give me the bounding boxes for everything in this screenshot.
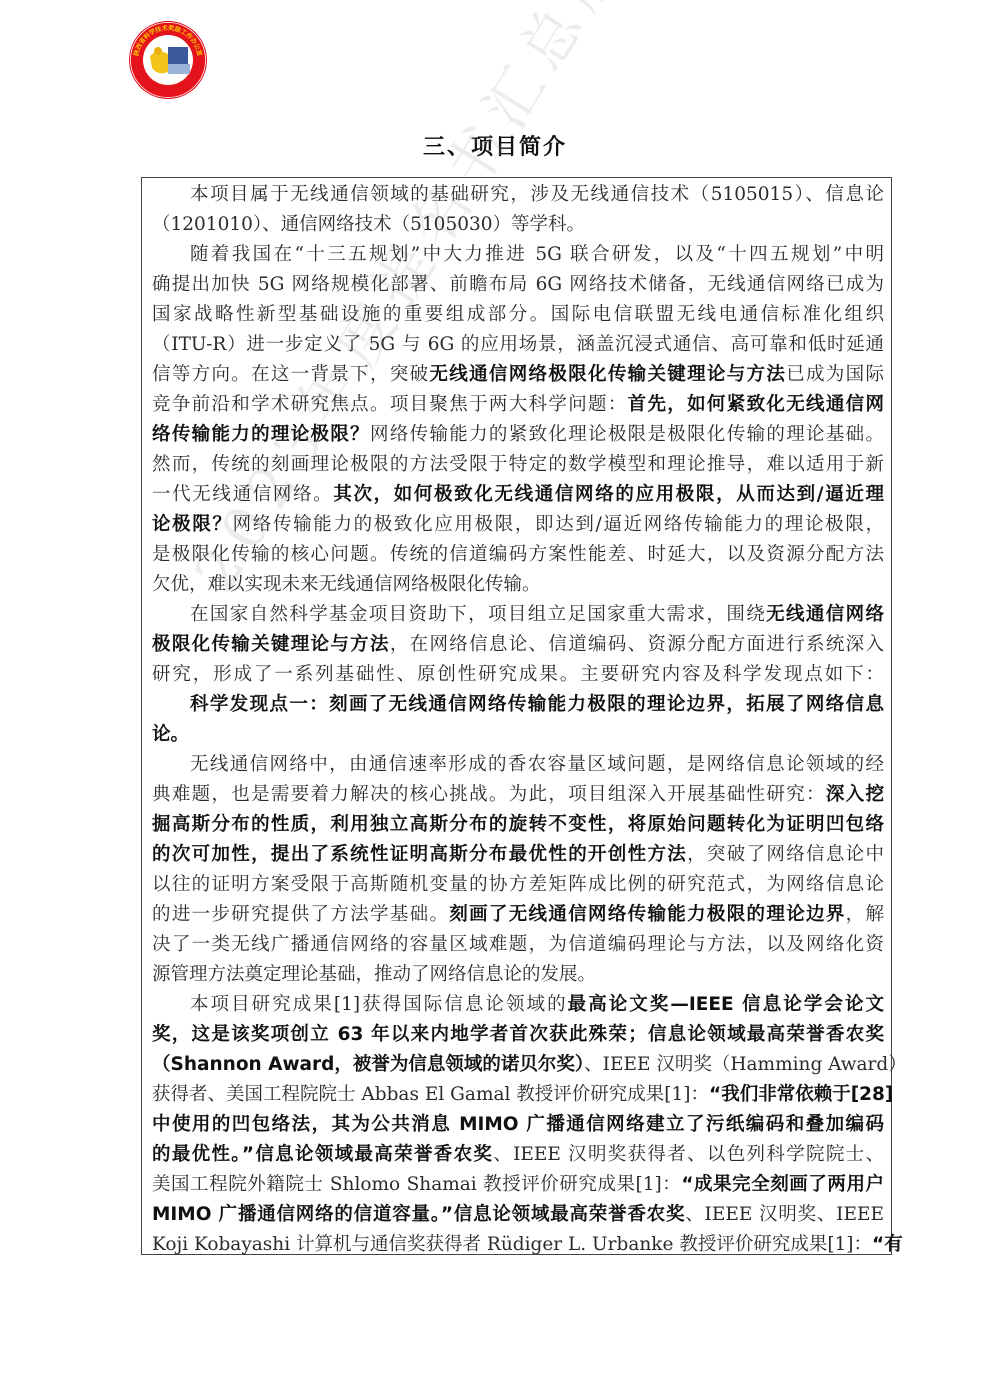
- bold-text: 络传输能力的理论极限？: [152, 424, 370, 445]
- bold-text: 其次，如何极致化无线通信网络的应用极限，从而达到/逼近理: [333, 484, 884, 505]
- body-text: 以往的证明方案受限于高斯随机变量的协方差矩阵成比例的研究范式，为网络信息论: [152, 874, 884, 895]
- body-text: 网络传输能力的极致化应用极限，即达到/逼近网络传输能力的理论极限，: [233, 514, 884, 535]
- body-text: 网络传输能力的紧致化理论极限是极限化传输的理论基础。: [370, 424, 884, 445]
- body-text: 然而，传统的刻画理论极限的方法受限于特定的数学模型和理论推导，难以适用于新: [152, 454, 884, 475]
- text-line: 的进一步研究提供了方法学基础。刻画了无线通信网络传输能力极限的理论边界，解: [152, 900, 884, 930]
- bold-text: 最高论文奖—IEEE 信息论学会论文: [568, 994, 884, 1015]
- bold-text: （Shannon Award，被誉为信息领域的诺贝尔奖）: [152, 1054, 584, 1075]
- seal-emblem-icon: 陕西省科学技术奖励工作办公室 • • • • • • • • • • • • •…: [128, 20, 208, 100]
- body-text: 欠优，难以实现未来无线通信网络极限化传输。: [152, 574, 541, 595]
- body-text: ，突破了网络信息论中: [687, 844, 884, 865]
- bold-text: 奖，这是该奖项创立 63 年以来内地学者首次获此殊荣；信息论领域最高荣誉香农奖: [152, 1024, 884, 1045]
- bold-text: “有: [872, 1234, 903, 1255]
- body-text: （ITU-R）进一步定义了 5G 与 6G 的应用场景，涵盖沉浸式通信、高可靠和…: [152, 334, 884, 355]
- body-text: 源管理方法奠定理论基础，推动了网络信息论的发展。: [152, 964, 596, 985]
- text-line: 典难题，也是需要着力解决的核心挑战。为此，项目组深入开展基础性研究：深入挖: [152, 780, 884, 810]
- body-text: 、IEEE 汉明奖获得者、以色列科学院院士、: [493, 1144, 884, 1165]
- body-text: 本项目属于无线通信领域的基础研究，涉及无线通信技术（5105015）、信息论: [190, 184, 884, 205]
- text-line: 然而，传统的刻画理论极限的方法受限于特定的数学模型和理论推导，难以适用于新: [152, 450, 884, 480]
- text-line: 随着我国在“十三五规划”中大力推进 5G 联合研发，以及“十四五规划”中明: [152, 240, 884, 270]
- bold-text: 深入挖: [826, 784, 884, 805]
- text-line: 信等方向。在这一背景下，突破无线通信网络极限化传输关键理论与方法已成为国际: [152, 360, 884, 390]
- text-line: 极限化传输关键理论与方法，在网络信息论、信道编码、资源分配方面进行系统深入: [152, 630, 884, 660]
- body-text: 信等方向。在这一背景下，突破: [152, 364, 429, 385]
- bold-text: “我们非常依赖于[28]: [709, 1084, 893, 1105]
- body-text: 的进一步研究提供了方法学基础。: [152, 904, 449, 925]
- body-text: 已成为国际: [786, 364, 884, 385]
- text-line: 在国家自然科学基金项目资助下，项目组立足国家重大需求，围绕无线通信网络: [152, 600, 884, 630]
- body-text: 获得者、美国工程院院士 Abbas El Gamal 教授评价研究成果[1]：: [152, 1084, 709, 1105]
- text-line: 欠优，难以实现未来无线通信网络极限化传输。: [152, 570, 884, 600]
- bold-text: 首先，如何紧致化无线通信网: [628, 394, 884, 415]
- text-line: 络传输能力的理论极限？网络传输能力的紧致化理论极限是极限化传输的理论基础。: [152, 420, 884, 450]
- project-summary-text: 本项目属于无线通信领域的基础研究，涉及无线通信技术（5105015）、信息论（1…: [152, 180, 884, 1260]
- text-line: 论极限？网络传输能力的极致化应用极限，即达到/逼近网络传输能力的理论极限，: [152, 510, 884, 540]
- text-line: MIMO 广播通信网络的信道容量。”信息论领域最高荣誉香农奖、IEEE 汉明奖、…: [152, 1200, 884, 1230]
- bold-text: 无线通信网络: [766, 604, 884, 625]
- body-text: 一代无线通信网络。: [152, 484, 333, 505]
- text-line: 确提出加快 5G 网络规模化部署、前瞻布局 6G 网络技术储备，无线通信网络已成…: [152, 270, 884, 300]
- text-line: 获得者、美国工程院院士 Abbas El Gamal 教授评价研究成果[1]：“…: [152, 1080, 884, 1110]
- text-line: 奖，这是该奖项创立 63 年以来内地学者首次获此殊荣；信息论领域最高荣誉香农奖: [152, 1020, 884, 1050]
- text-line: 竞争前沿和学术研究焦点。项目聚焦于两大科学问题：首先，如何紧致化无线通信网: [152, 390, 884, 420]
- text-line: 美国工程院外籍院士 Shlomo Shamai 教授评价研究成果[1]：“成果完…: [152, 1170, 884, 1200]
- text-line: 国家战略性新型基础设施的重要组成部分。国际电信联盟无线电通信标准化组织: [152, 300, 884, 330]
- bold-text: 中使用的凹包络法，其为公共消息 MIMO 广播通信网络建立了污纸编码和叠加编码: [152, 1114, 884, 1135]
- body-text: 本项目研究成果[1]获得国际信息论领域的: [190, 994, 568, 1015]
- body-text: 研究，形成了一系列基础性、原创性研究成果。主要研究内容及科学发现点如下：: [152, 664, 884, 685]
- text-line: 本项目属于无线通信领域的基础研究，涉及无线通信技术（5105015）、信息论: [152, 180, 884, 210]
- body-text: 美国工程院外籍院士 Shlomo Shamai 教授评价研究成果[1]：: [152, 1174, 681, 1195]
- bold-text: 科学发现点一：刻画了无线通信网络传输能力极限的理论边界，拓展了网络信息: [190, 694, 884, 715]
- body-text: 在国家自然科学基金项目资助下，项目组立足国家重大需求，围绕: [190, 604, 766, 625]
- text-line: Koji Kobayashi 计算机与通信奖获得者 Rüdiger L. Urb…: [152, 1230, 884, 1260]
- text-line: 无线通信网络中，由通信速率形成的香农容量区域问题，是网络信息论领域的经: [152, 750, 884, 780]
- body-text: （1201010）、通信网络技术（5105030）等学科。: [152, 214, 585, 235]
- bold-text: 掘高斯分布的性质，利用独立高斯分布的旋转不变性，将原始问题转化为证明凹包络: [152, 814, 884, 835]
- page-title: 三、项目简介: [0, 130, 990, 161]
- body-text: 、IEEE 汉明奖（Hamming Award）: [584, 1054, 907, 1075]
- text-line: 科学发现点一：刻画了无线通信网络传输能力极限的理论边界，拓展了网络信息: [152, 690, 884, 720]
- body-text: 确提出加快 5G 网络规模化部署、前瞻布局 6G 网络技术储备，无线通信网络已成…: [152, 274, 884, 295]
- text-line: 研究，形成了一系列基础性、原创性研究成果。主要研究内容及科学发现点如下：: [152, 660, 884, 690]
- body-text: ，解: [846, 904, 884, 925]
- bold-text: 论。: [152, 724, 189, 745]
- bold-text: 的次可加性，提出了系统性证明高斯分布最优性的开创性方法: [152, 844, 687, 865]
- award-office-logo: 陕西省科学技术奖励工作办公室 • • • • • • • • • • • • •…: [128, 20, 208, 100]
- body-text: 是极限化传输的核心问题。传统的信道编码方案性能差、时延大，以及资源分配方法: [152, 544, 884, 565]
- body-text: 国家战略性新型基础设施的重要组成部分。国际电信联盟无线电通信标准化组织: [152, 304, 884, 325]
- body-text: 决了一类无线广播通信网络的容量区域难题，为信道编码理论与方法，以及网络化资: [152, 934, 884, 955]
- body-text: 典难题，也是需要着力解决的核心挑战。为此，项目组深入开展基础性研究：: [152, 784, 826, 805]
- text-line: 以往的证明方案受限于高斯随机变量的协方差矩阵成比例的研究范式，为网络信息论: [152, 870, 884, 900]
- text-line: 的最优性。”信息论领域最高荣誉香农奖、IEEE 汉明奖获得者、以色列科学院院士、: [152, 1140, 884, 1170]
- bold-text: 极限化传输关键理论与方法: [152, 634, 390, 655]
- bold-text: 的最优性。”信息论领域最高荣誉香农奖: [152, 1144, 493, 1165]
- body-text: 、IEEE 汉明奖、IEEE: [685, 1204, 884, 1225]
- body-text: 随着我国在“十三五规划”中大力推进 5G 联合研发，以及“十四五规划”中明: [190, 244, 884, 265]
- bold-text: 无线通信网络极限化传输关键理论与方法: [429, 364, 786, 385]
- text-line: 的次可加性，提出了系统性证明高斯分布最优性的开创性方法，突破了网络信息论中: [152, 840, 884, 870]
- bold-text: 刻画了无线通信网络传输能力极限的理论边界: [449, 904, 845, 925]
- body-text: ，在网络信息论、信道编码、资源分配方面进行系统深入: [390, 634, 884, 655]
- text-line: 论。: [152, 720, 884, 750]
- bold-text: 论极限？: [152, 514, 233, 535]
- body-text: Koji Kobayashi 计算机与通信奖获得者 Rüdiger L. Urb…: [152, 1234, 872, 1255]
- text-line: （ITU-R）进一步定义了 5G 与 6G 的应用场景，涵盖沉浸式通信、高可靠和…: [152, 330, 884, 360]
- text-line: （1201010）、通信网络技术（5105030）等学科。: [152, 210, 884, 240]
- text-line: 决了一类无线广播通信网络的容量区域难题，为信道编码理论与方法，以及网络化资: [152, 930, 884, 960]
- body-text: 竞争前沿和学术研究焦点。项目聚焦于两大科学问题：: [152, 394, 628, 415]
- bold-text: MIMO 广播通信网络的信道容量。”信息论领域最高荣誉香农奖: [152, 1204, 685, 1225]
- bold-text: “成果完全刻画了两用户: [681, 1174, 884, 1195]
- text-line: 本项目研究成果[1]获得国际信息论领域的最高论文奖—IEEE 信息论学会论文: [152, 990, 884, 1020]
- text-line: 一代无线通信网络。其次，如何极致化无线通信网络的应用极限，从而达到/逼近理: [152, 480, 884, 510]
- text-line: 是极限化传输的核心问题。传统的信道编码方案性能差、时延大，以及资源分配方法: [152, 540, 884, 570]
- text-line: 中使用的凹包络法，其为公共消息 MIMO 广播通信网络建立了污纸编码和叠加编码: [152, 1110, 884, 1140]
- body-text: 无线通信网络中，由通信速率形成的香农容量区域问题，是网络信息论领域的经: [190, 754, 884, 775]
- text-line: 掘高斯分布的性质，利用独立高斯分布的旋转不变性，将原始问题转化为证明凹包络: [152, 810, 884, 840]
- text-line: 源管理方法奠定理论基础，推动了网络信息论的发展。: [152, 960, 884, 990]
- text-line: （Shannon Award，被誉为信息领域的诺贝尔奖）、IEEE 汉明奖（Ha…: [152, 1050, 884, 1080]
